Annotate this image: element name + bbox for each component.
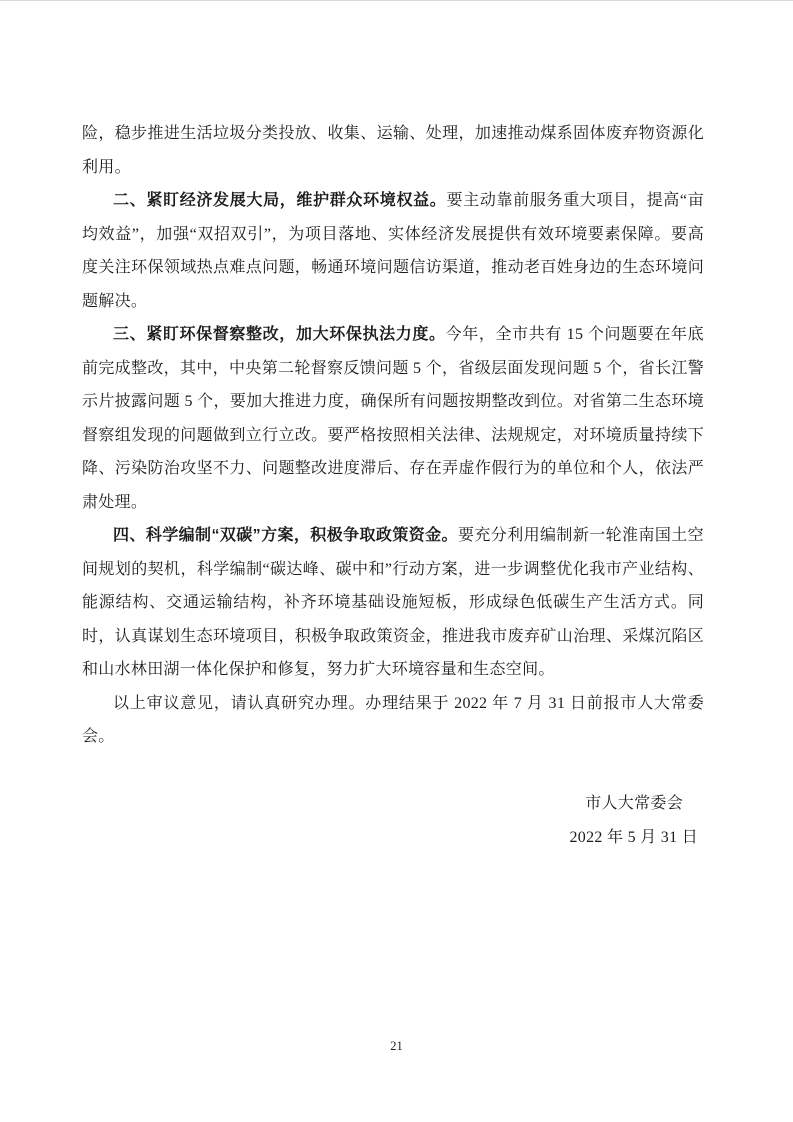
signature-organization: 市人大常委会 <box>82 787 704 821</box>
paragraph-item-2-text: 要主动靠前服务重大项目，提高“亩均效益”，加强“双招双引”，为项目落地、实体经济… <box>82 192 704 310</box>
paragraph-item-4: 四、科学编制“双碳”方案，积极争取政策资金。要充分利用编制新一轮淮南国土空间规划… <box>82 519 704 687</box>
paragraph-item-4-heading: 四、科学编制“双碳”方案，积极争取政策资金。 <box>113 527 458 544</box>
paragraph-item-3-heading: 三、紧盯环保督察整改，加大环保执法力度。 <box>113 326 446 343</box>
closing-line-text: 以上审议意见，请认真研究办理。办理结果于 2022 年 7 月 31 日前报市人… <box>82 695 704 746</box>
paragraph-item-4-text: 要充分利用编制新一轮淮南国土空间规划的契机，科学编制“碳达峰、碳中和”行动方案，… <box>82 527 704 678</box>
page-number: 21 <box>0 1039 793 1054</box>
closing-line: 以上审议意见，请认真研究办理。办理结果于 2022 年 7 月 31 日前报市人… <box>82 687 704 754</box>
paragraph-item-3: 三、紧盯环保督察整改，加大环保执法力度。今年，全市共有 15 个问题要在年底前完… <box>82 318 704 519</box>
paragraph-item-2-heading: 二、紧盯经济发展大局，维护群众环境权益。 <box>113 192 446 209</box>
document-page: 险，稳步推进生活垃圾分类投放、收集、运输、处理，加速推动煤系固体废弃物资源化利用… <box>0 0 793 1122</box>
paragraph-item-3-text: 今年，全市共有 15 个问题要在年底前完成整改，其中，中央第二轮督察反馈问题 5… <box>82 326 704 511</box>
paragraph-continuation-text: 险，稳步推进生活垃圾分类投放、收集、运输、处理，加速推动煤系固体废弃物资源化利用… <box>82 125 704 176</box>
document-body: 险，稳步推进生活垃圾分类投放、收集、运输、处理，加速推动煤系固体废弃物资源化利用… <box>82 117 704 854</box>
paragraph-item-2: 二、紧盯经济发展大局，维护群众环境权益。要主动靠前服务重大项目，提高“亩均效益”… <box>82 184 704 318</box>
signature-date: 2022 年 5 月 31 日 <box>82 821 704 855</box>
paragraph-continuation: 险，稳步推进生活垃圾分类投放、收集、运输、处理，加速推动煤系固体废弃物资源化利用… <box>82 117 704 184</box>
